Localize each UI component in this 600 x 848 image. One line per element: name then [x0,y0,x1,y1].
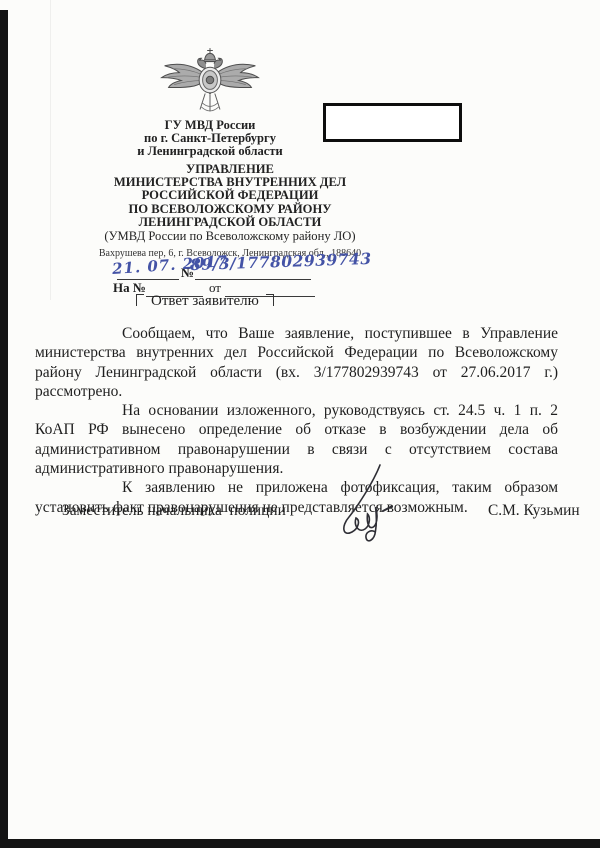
scan-edge-bottom [0,839,600,848]
org-short-name: (УМВД России по Всеволожскому району ЛО) [70,230,390,243]
issuer-line: и Ленинградской области [110,145,310,158]
mvd-eagle-emblem-icon [158,47,262,120]
org-name-block: УПРАВЛЕНИЕ МИНИСТЕРСТВА ВНУТРЕННИХ ДЕЛ Р… [70,163,390,243]
addressee-line: Ответ заявителю [136,293,274,310]
handwritten-signature-icon [325,462,397,550]
org-name-line: ЛЕНИНГРАДСКОЙ ОБЛАСТИ [70,216,390,229]
corner-bracket-right-icon [266,294,274,306]
scan-artifact-line [50,0,51,300]
issuer-block: ГУ МВД России по г. Санкт-Петербургу и Л… [110,119,310,159]
letter-body: Сообщаем, что Ваше заявление, поступивше… [35,324,558,517]
scanned-letter-page: ГУ МВД России по г. Санкт-Петербургу и Л… [0,0,600,848]
addressee-text: Ответ заявителю [151,293,259,310]
org-name-line: ПО ВСЕВОЛОЖСКОМУ РАЙОНУ [70,203,390,216]
org-name-line: РОССИЙСКОЙ ФЕДЕРАЦИИ [70,189,390,202]
scan-edge-left [0,10,8,848]
body-paragraph: На основании изложенного, руководствуясь… [35,401,558,478]
body-paragraph: Сообщаем, что Ваше заявление, поступивше… [35,324,558,401]
corner-bracket-left-icon [136,294,144,306]
blank-stamp-box [323,103,462,142]
signatory-name: С.М. Кузьмин [488,502,580,520]
signatory-position-title: Заместитель начальника полиции [62,502,286,520]
